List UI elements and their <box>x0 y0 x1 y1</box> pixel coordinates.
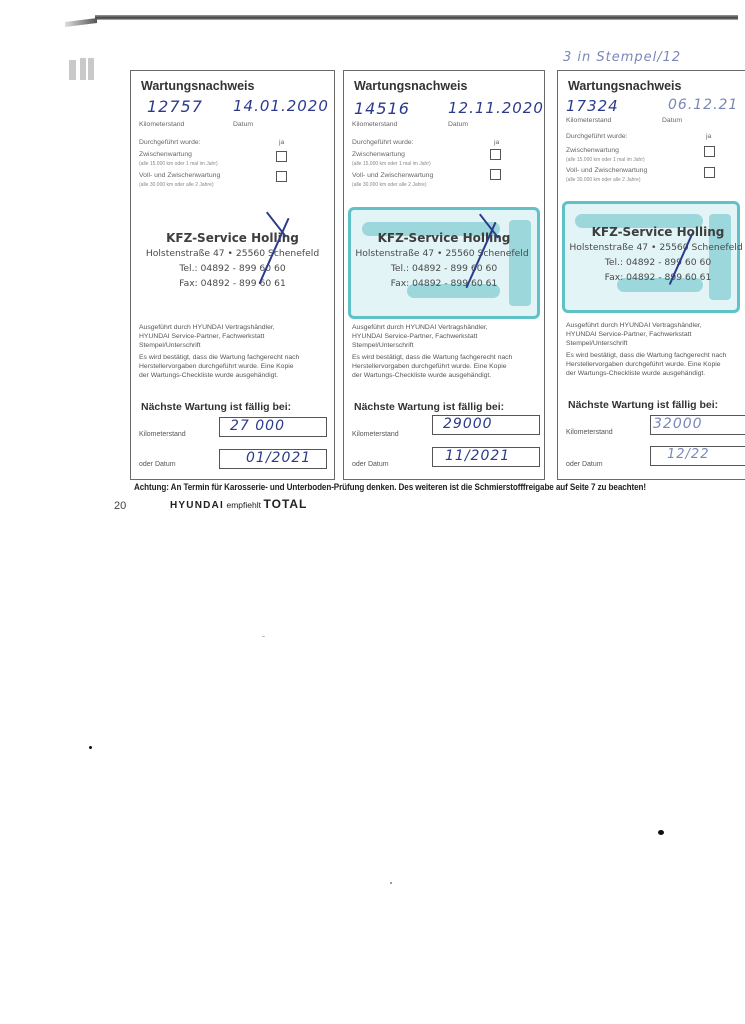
full-service-checkbox[interactable] <box>490 169 501 180</box>
binder-mark <box>80 58 86 80</box>
performed-label: Durchgeführt wurde: <box>352 139 414 146</box>
full-service-checkbox[interactable] <box>704 167 715 178</box>
interim-service-note: (alle 15.000 km oder 1 mal im Jahr) <box>352 161 431 167</box>
next-date-label: oder Datum <box>566 461 603 468</box>
stamp-business-name: KFZ-Service Holling <box>562 225 745 239</box>
interim-service-checkbox[interactable] <box>276 151 287 162</box>
stamp-fax: Fax: 04892 - 899 60 61 <box>135 278 330 289</box>
stamp-tel: Tel.: 04892 - 899 60 60 <box>348 263 540 274</box>
scan-page-corner <box>65 18 97 27</box>
date-label: Datum <box>233 121 253 128</box>
km-label: Kilometerstand <box>566 117 611 124</box>
next-km-label: Kilometerstand <box>566 429 613 436</box>
interim-service-checkbox[interactable] <box>704 146 715 157</box>
next-date-field[interactable]: 12/22 <box>650 446 745 466</box>
scan-page-edge <box>95 15 738 20</box>
next-km-value: 29000 <box>443 416 493 432</box>
card-title: Wartungsnachweis <box>568 79 681 93</box>
next-km-label: Kilometerstand <box>139 431 186 438</box>
dealer-stamp: KFZ-Service Holling Holstenstraße 47 • 2… <box>135 207 330 319</box>
hyundai-logo: HYUNDAI <box>170 500 224 511</box>
stamp-business-name: KFZ-Service Holling <box>135 231 330 245</box>
binder-mark <box>69 60 76 80</box>
dealer-stamp: KFZ-Service Holling Holstenstraße 47 • 2… <box>348 207 540 319</box>
interim-service-note: (alle 15.000 km oder 1 mal im Jahr) <box>139 161 218 167</box>
date-value: 14.01.2020 <box>233 97 329 115</box>
km-value: 12757 <box>147 97 203 116</box>
date-label: Datum <box>662 117 682 124</box>
next-date-value: 11/2021 <box>445 448 510 464</box>
performed-label: Durchgeführt wurde: <box>566 133 628 140</box>
full-service-label: Voll- und Zwischenwartung <box>139 172 220 179</box>
km-value: 17324 <box>566 97 619 115</box>
km-label: Kilometerstand <box>139 121 184 128</box>
interim-service-label: Zwischenwartung <box>139 151 192 158</box>
card-title: Wartungsnachweis <box>141 79 254 93</box>
yes-label: ja <box>494 139 499 146</box>
performed-label: Durchgeführt wurde: <box>139 139 201 146</box>
full-service-label: Voll- und Zwischenwartung <box>566 167 647 174</box>
performed-by-text: Ausgeführt durch HYUNDAI Vertragshändler… <box>566 321 745 378</box>
next-date-label: oder Datum <box>139 461 176 468</box>
dealer-stamp: KFZ-Service Holling Holstenstraße 47 • 2… <box>562 201 745 313</box>
km-label: Kilometerstand <box>352 121 397 128</box>
stamp-tel: Tel.: 04892 - 899 60 60 <box>562 257 745 268</box>
next-service-title: Nächste Wartung ist fällig bei: <box>568 399 718 411</box>
next-service-title: Nächste Wartung ist fällig bei: <box>354 401 504 413</box>
full-service-note: (alle 30.000 km oder alle 2 Jahre) <box>352 182 427 188</box>
service-card-3: Wartungsnachweis 17324 06.12.21 Kilomete… <box>557 70 745 480</box>
interim-service-label: Zwischenwartung <box>566 147 619 154</box>
full-service-label: Voll- und Zwischenwartung <box>352 172 433 179</box>
service-card-1: Wartungsnachweis 12757 14.01.2020 Kilome… <box>130 70 335 480</box>
scan-speck <box>89 746 92 749</box>
interim-service-checkbox[interactable] <box>490 149 501 160</box>
next-km-label: Kilometerstand <box>352 431 399 438</box>
stamp-address: Holstenstraße 47 • 25560 Schenefeld <box>125 248 340 259</box>
handwritten-top-note: 3 in Stempel/12 <box>563 50 681 65</box>
recommends-text: empfiehlt <box>226 500 261 510</box>
date-value: 06.12.21 <box>668 97 738 113</box>
yes-label: ja <box>706 133 711 140</box>
yes-label: ja <box>279 139 284 146</box>
km-value: 14516 <box>354 99 410 118</box>
next-km-field[interactable]: 32000 <box>650 415 745 435</box>
performed-by-text: Ausgeführt durch HYUNDAI Vertragshändler… <box>139 323 326 380</box>
stamp-fax: Fax: 04892 - 899 60 61 <box>562 272 745 283</box>
next-date-value: 12/22 <box>667 447 709 462</box>
scan-speck <box>262 636 265 637</box>
full-service-note: (alle 30.000 km oder alle 2 Jahre) <box>139 182 214 188</box>
stamp-business-name: KFZ-Service Holling <box>348 231 540 245</box>
stamp-fax: Fax: 04892 - 899 60 61 <box>348 278 540 289</box>
total-logo: TOTAL <box>264 497 308 511</box>
next-km-field[interactable]: 27 000 <box>219 417 327 437</box>
performed-by-text: Ausgeführt durch HYUNDAI Vertragshändler… <box>352 323 536 380</box>
full-service-note: (alle 30.000 km oder alle 2 Jahre) <box>566 177 641 183</box>
card-title: Wartungsnachweis <box>354 79 467 93</box>
next-km-value: 32000 <box>653 416 703 432</box>
date-value: 12.11.2020 <box>448 99 544 117</box>
full-service-checkbox[interactable] <box>276 171 287 182</box>
interim-service-note: (alle 15.000 km oder 1 mal im Jahr) <box>566 157 645 163</box>
next-km-value: 27 000 <box>230 418 285 434</box>
date-label: Datum <box>448 121 468 128</box>
scan-speck <box>390 882 392 884</box>
service-card-2: Wartungsnachweis 14516 12.11.2020 Kilome… <box>343 70 545 480</box>
scan-speck <box>658 830 664 835</box>
next-date-label: oder Datum <box>352 461 389 468</box>
next-service-title: Nächste Wartung ist fällig bei: <box>141 401 291 413</box>
brand-line: HYUNDAI empfiehlt TOTAL <box>170 497 307 511</box>
stamp-address: Holstenstraße 47 • 25560 Schenefeld <box>548 242 745 253</box>
next-date-value: 01/2021 <box>246 450 311 466</box>
next-date-field[interactable]: 11/2021 <box>432 447 540 467</box>
interim-service-label: Zwischenwartung <box>352 151 405 158</box>
binder-mark <box>88 58 94 80</box>
footer-notice: Achtung: An Termin für Karosserie- und U… <box>134 482 646 492</box>
stamp-tel: Tel.: 04892 - 899 60 60 <box>135 263 330 274</box>
next-km-field[interactable]: 29000 <box>432 415 540 435</box>
page-number: 20 <box>114 500 126 512</box>
next-date-field[interactable]: 01/2021 <box>219 449 327 469</box>
stamp-address: Holstenstraße 47 • 25560 Schenefeld <box>334 248 550 259</box>
